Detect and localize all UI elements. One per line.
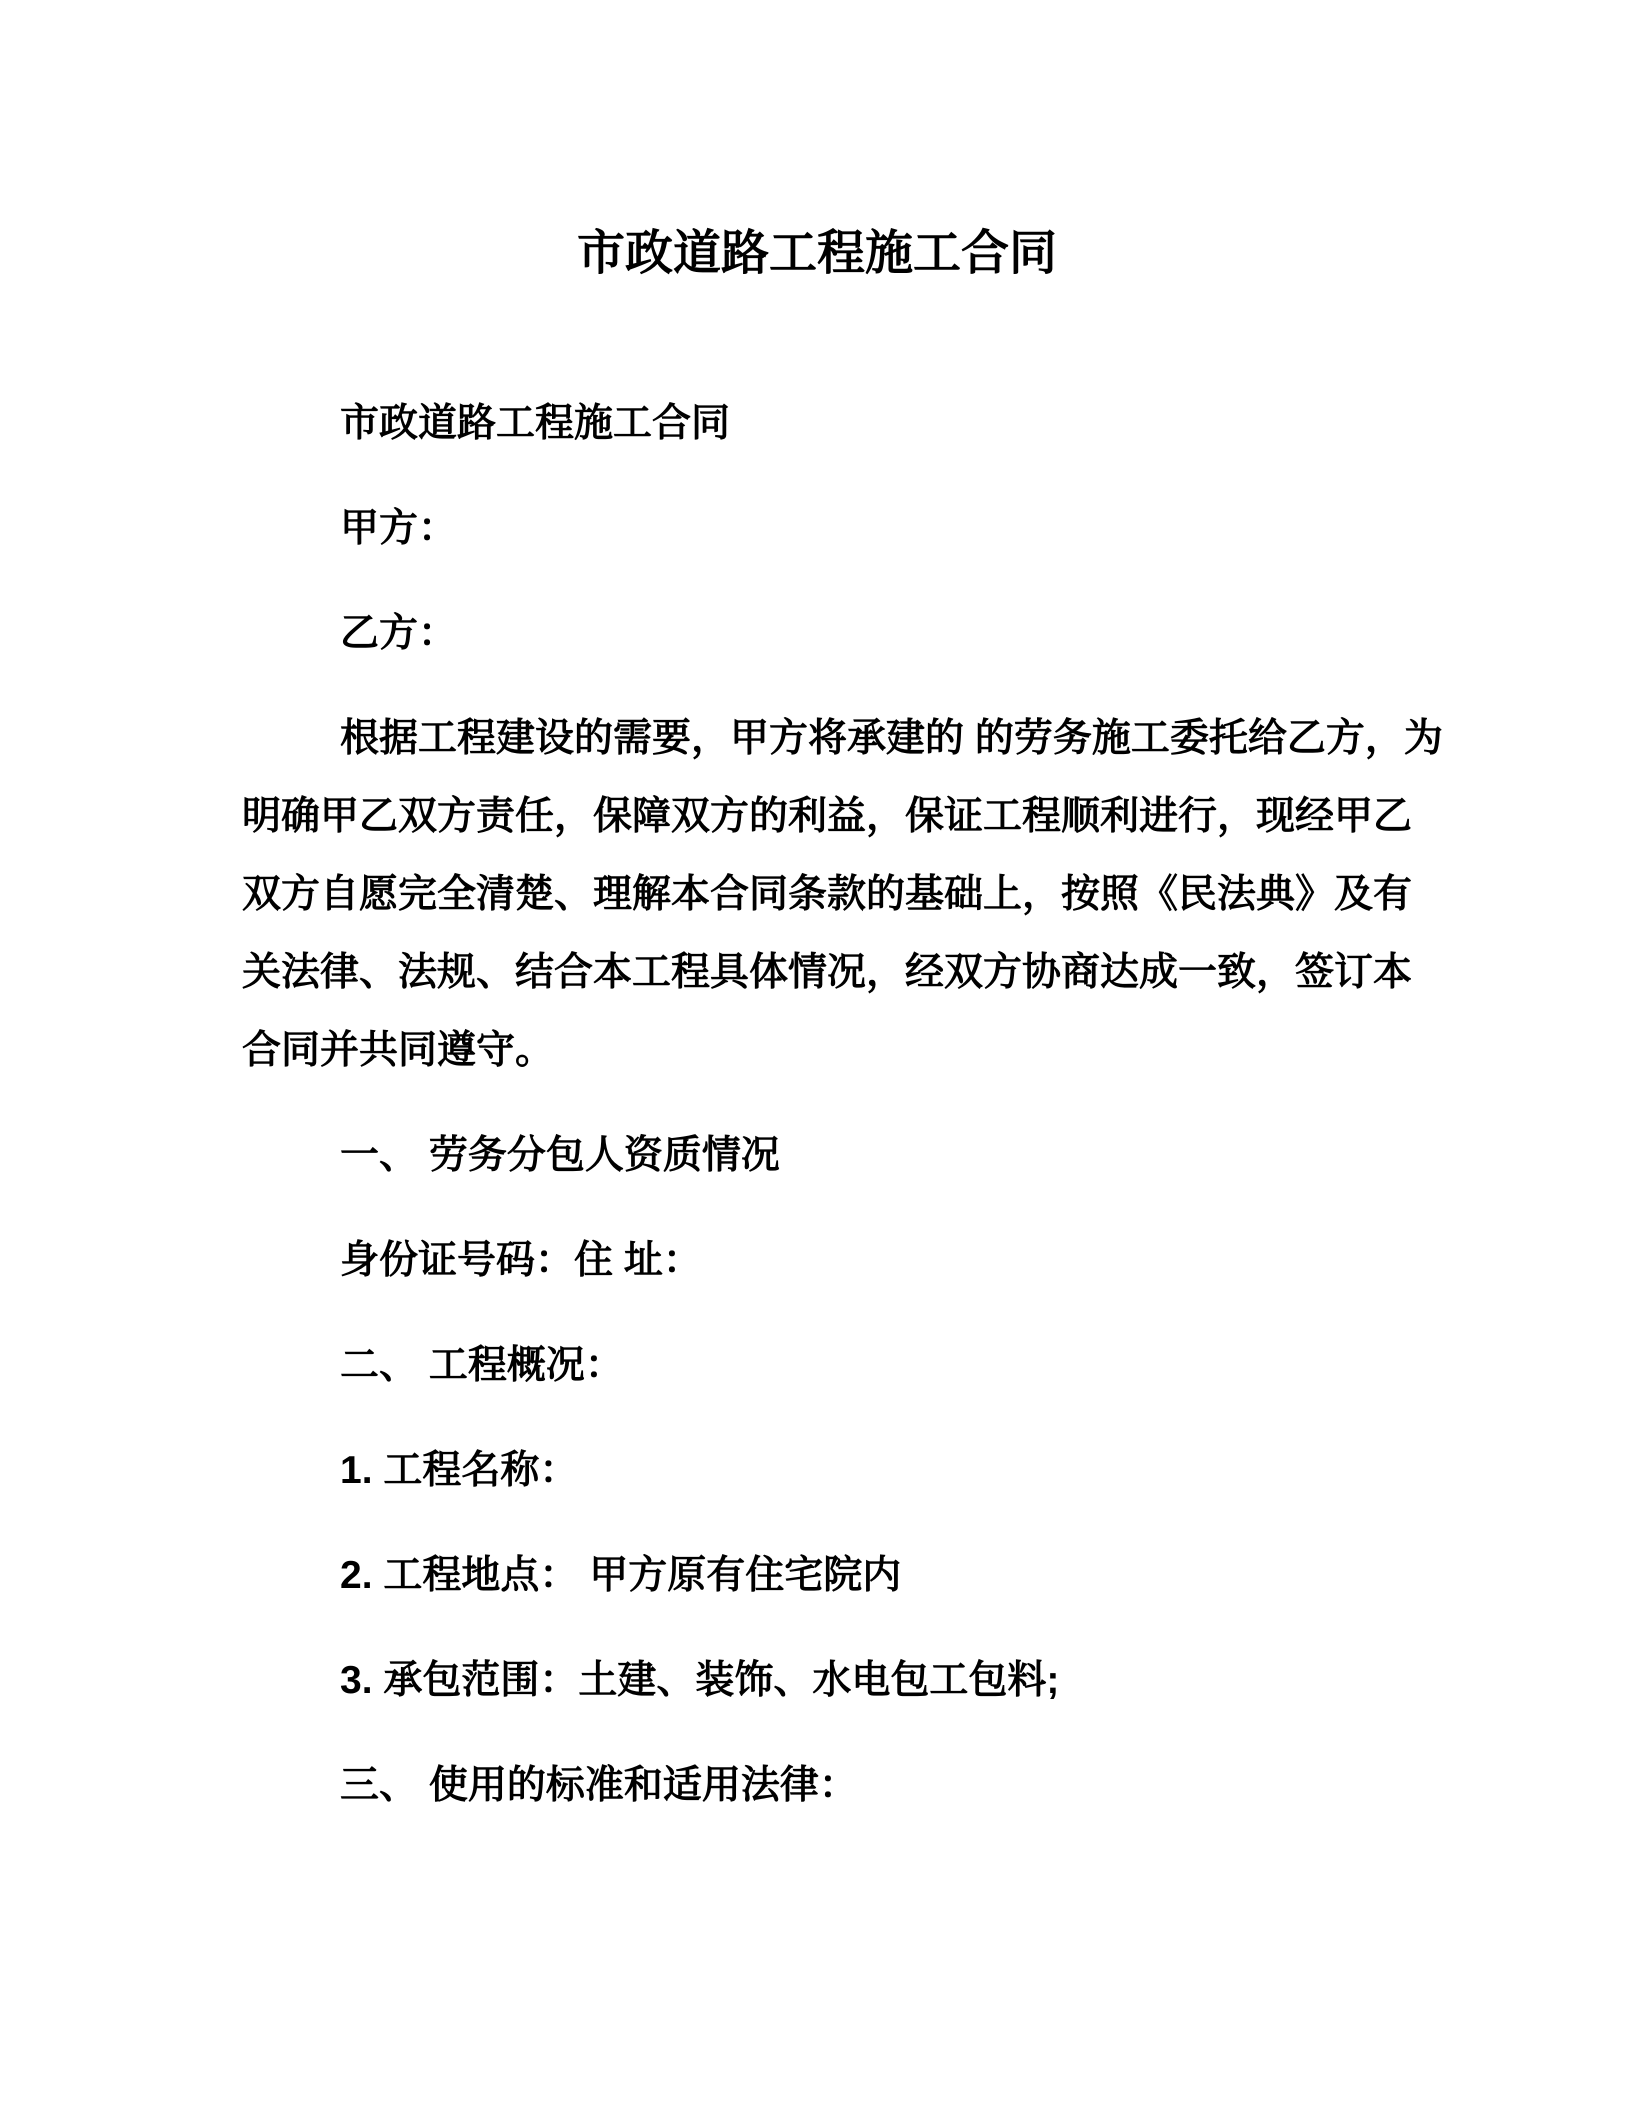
document-subtitle: 市政道路工程施工合同 (242, 385, 1392, 463)
section-2-heading: 二、 工程概况： (242, 1327, 1392, 1405)
item-project-location: 2. 工程地点： 甲方原有住宅院内 (242, 1537, 1392, 1615)
section-1-heading: 一、 劳务分包人资质情况 (242, 1117, 1392, 1195)
party-a-line: 甲方： (242, 490, 1392, 568)
item-project-name: 1. 工程名称： (242, 1432, 1392, 1510)
contract-document-page: 市政道路工程施工合同 市政道路工程施工合同 甲方： 乙方： 根据工程建设的需要，… (0, 0, 1632, 2112)
intro-paragraph: 根据工程建设的需要，甲方将承建的 的劳务施工委托给乙方，为 明确甲乙双方责任，保… (242, 700, 1392, 1090)
intro-paragraph-line-1: 根据工程建设的需要，甲方将承建的 的劳务施工委托给乙方，为 (242, 700, 1392, 778)
document-title: 市政道路工程施工合同 (242, 215, 1392, 293)
intro-paragraph-line-5: 合同并共同遵守。 (242, 1012, 1392, 1090)
id-address-line: 身份证号码：住 址： (242, 1222, 1392, 1300)
intro-paragraph-line-2: 明确甲乙双方责任，保障双方的利益，保证工程顺利进行，现经甲乙 (242, 778, 1392, 856)
intro-paragraph-line-3: 双方自愿完全清楚、理解本合同条款的基础上，按照《民法典》及有 (242, 856, 1392, 934)
section-3-heading: 三、 使用的标准和适用法律： (242, 1747, 1392, 1825)
party-b-line: 乙方： (242, 595, 1392, 673)
item-contract-scope: 3. 承包范围：土建、装饰、水电包工包料; (242, 1642, 1392, 1720)
intro-paragraph-line-4: 关法律、法规、结合本工程具体情况，经双方协商达成一致，签订本 (242, 934, 1392, 1012)
